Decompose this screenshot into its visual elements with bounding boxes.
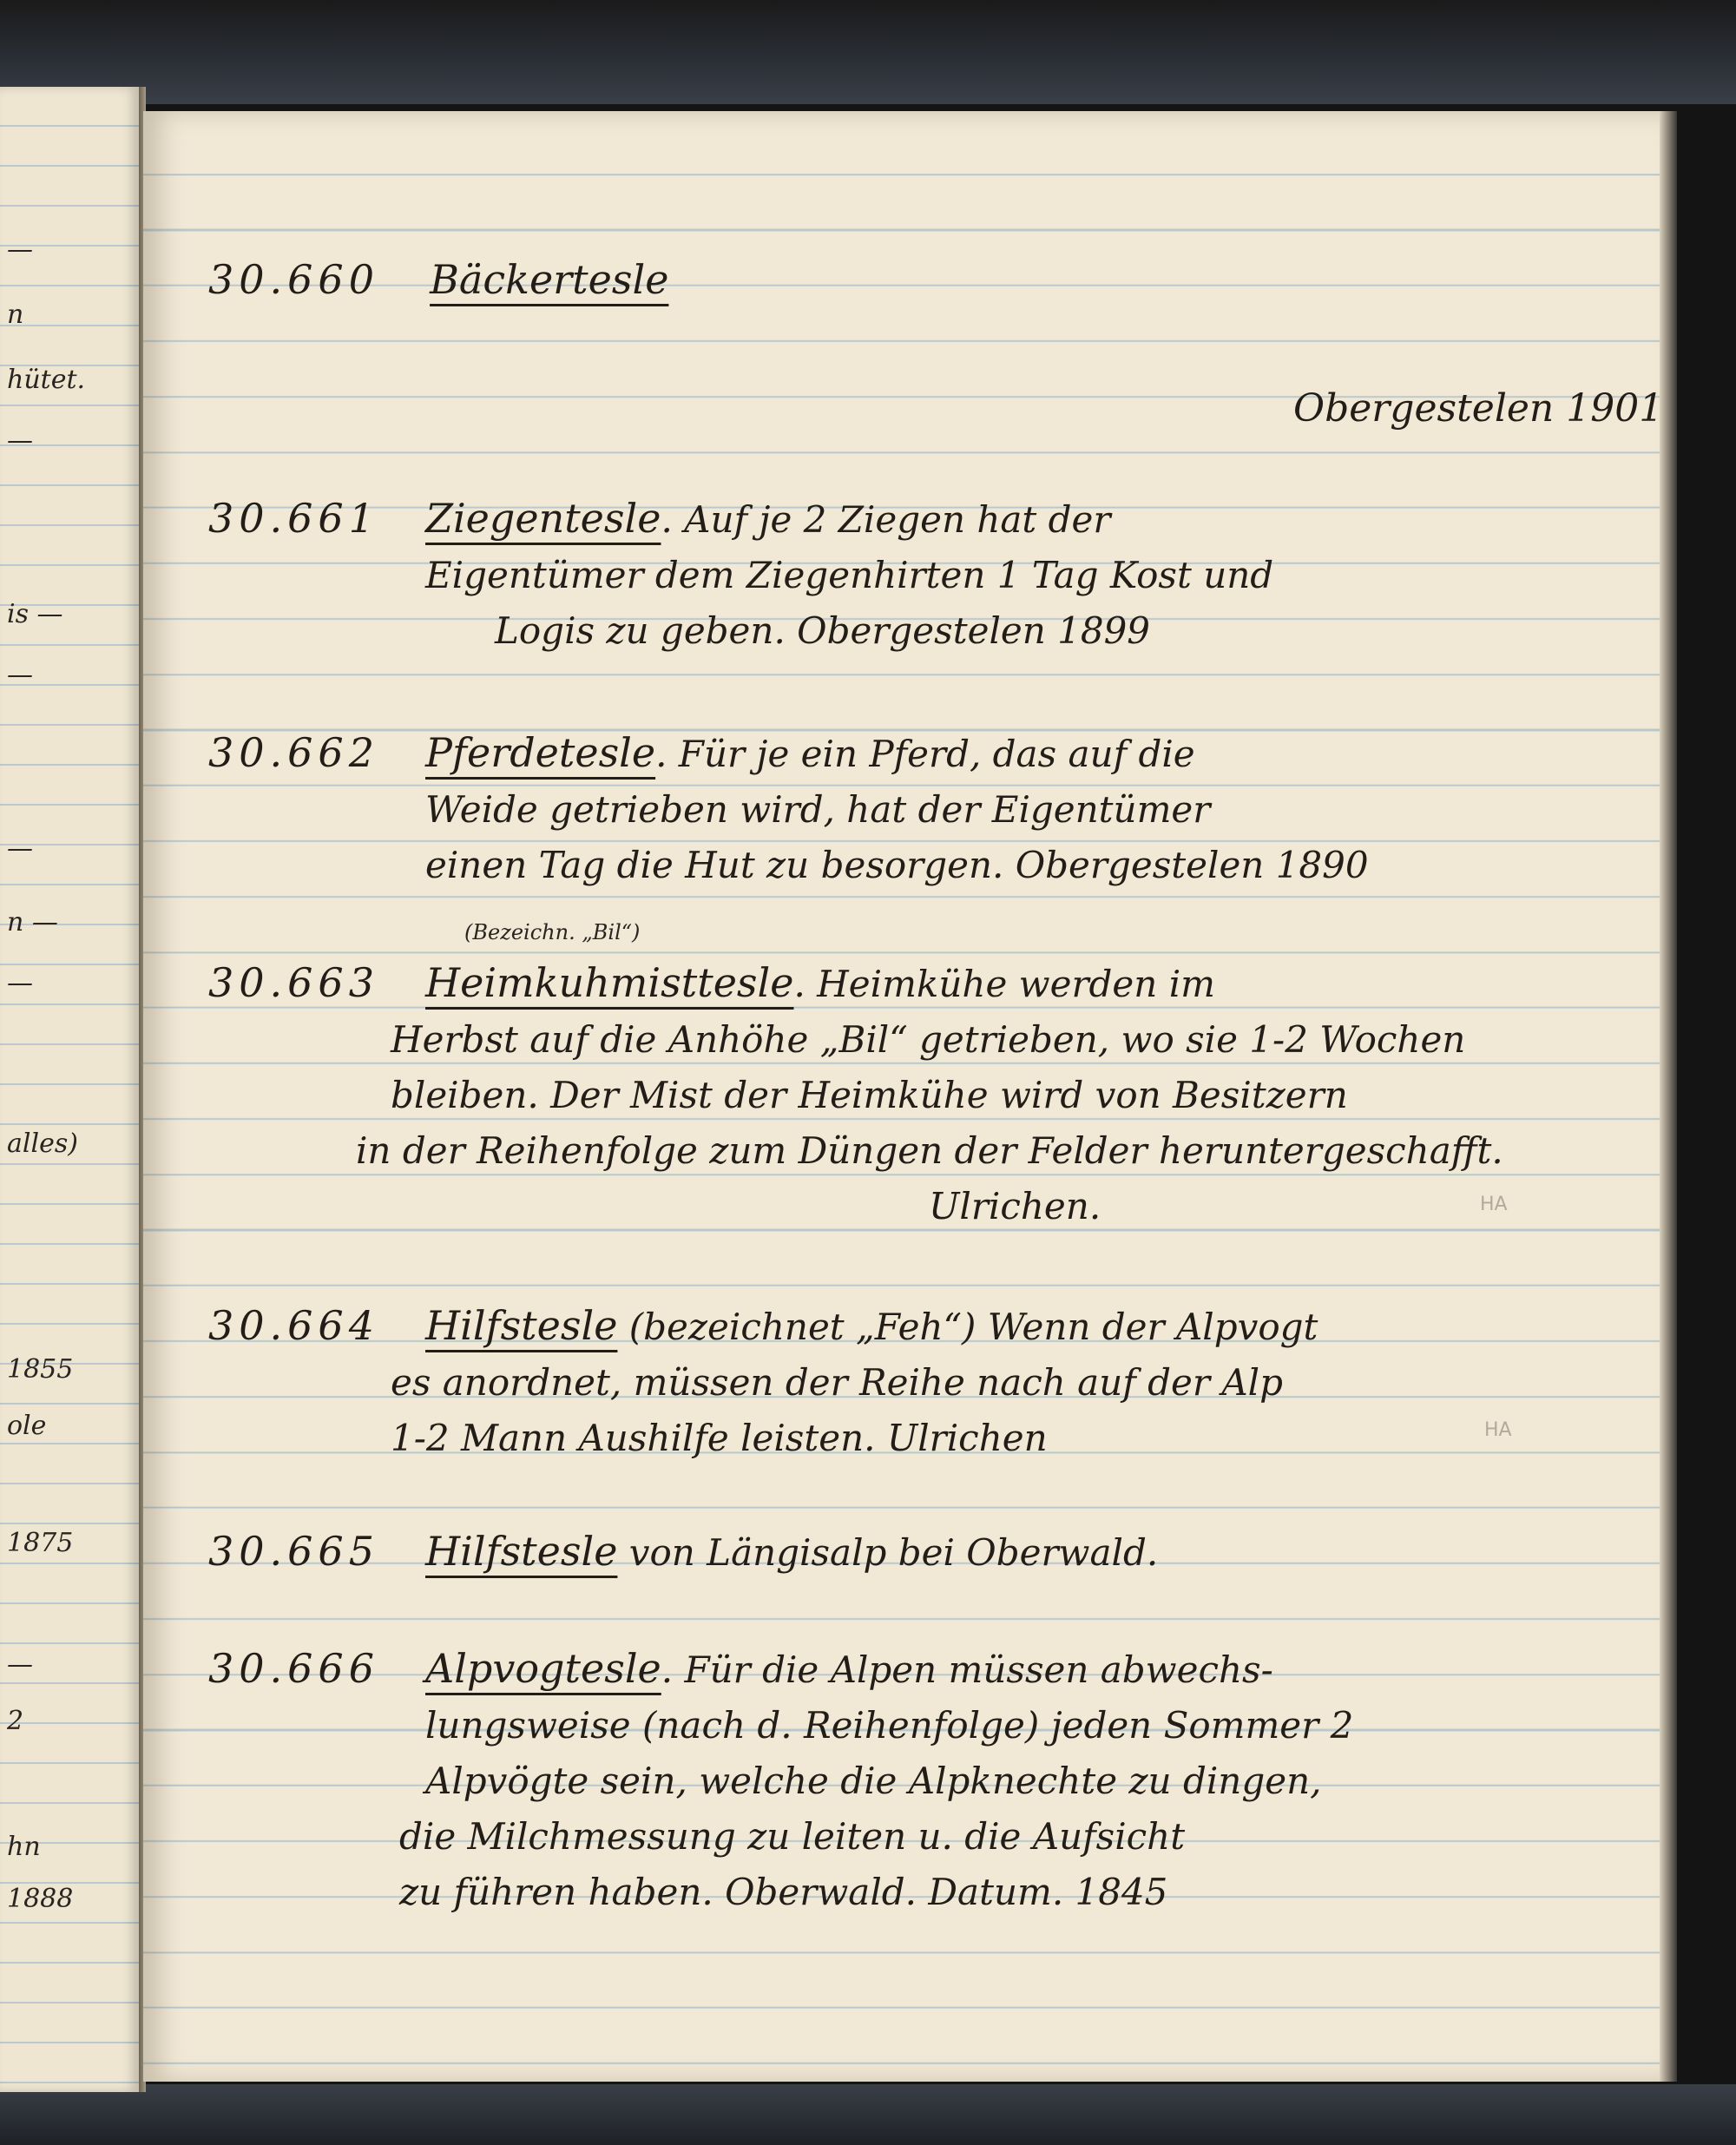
left-fragment: ole xyxy=(7,1411,46,1441)
left-fragment: — xyxy=(7,1649,33,1680)
entry-30663: 30.663Heimkuhmisttesle. Heimkühe werden … xyxy=(208,955,1632,1234)
entry-30666: 30.666Alpvogtesle. Für die Alpen müssen … xyxy=(208,1641,1632,1920)
entry-number: 30.665 xyxy=(208,1523,425,1579)
entry-line: in der Reihenfolge zum Düngen der Felder… xyxy=(208,1123,1632,1179)
entry-line: es anordnet, müssen der Reihe nach auf d… xyxy=(208,1355,1632,1411)
left-fragment: hn xyxy=(7,1832,41,1862)
left-fragment: is — xyxy=(7,599,63,629)
entry-number: 30.663 xyxy=(208,955,425,1010)
entry-line: Ulrichen. xyxy=(208,1179,1632,1234)
entry-text: (bezeichnet „Feh“) Wenn der Alpvogt xyxy=(617,1306,1318,1348)
entry-30665: 30.665Hilfstesle von Längisalp bei Oberw… xyxy=(208,1523,1632,1581)
ha-stamp: HA xyxy=(1480,1194,1508,1215)
book-binding-bottom xyxy=(0,2084,1736,2145)
entry-text: von Längisalp bei Oberwald. xyxy=(617,1531,1158,1574)
entry-title: Alpvogtesle xyxy=(425,1645,661,1692)
left-fragment: 1855 xyxy=(7,1354,73,1385)
entry-number: 30.664 xyxy=(208,1298,425,1353)
left-fragment: 1888 xyxy=(7,1884,73,1914)
entry-line: Weide getrieben wird, hat der Eigentümer xyxy=(208,782,1632,838)
entry-30662: 30.662Pferdetesle. Für je ein Pferd, das… xyxy=(208,725,1632,893)
entry-title: Hilfstesle xyxy=(425,1528,617,1575)
entry-line: zu führen haben. Oberwald. Datum. 1845 xyxy=(208,1865,1632,1920)
entry-title: Pferdetesle xyxy=(425,729,655,776)
left-fragment: — xyxy=(7,234,33,265)
entry-line: die Milchmessung zu leiten u. die Aufsic… xyxy=(208,1809,1632,1865)
entry-line: bleiben. Der Mist der Heimkühe wird von … xyxy=(208,1068,1632,1123)
left-fragment: n — xyxy=(7,907,58,938)
left-fragment: — xyxy=(7,660,33,690)
entry-30661: 30.661Ziegentesle. Auf je 2 Ziegen hat d… xyxy=(208,490,1632,659)
ha-stamp: HA xyxy=(1484,1419,1512,1441)
entry-number: 30.661 xyxy=(208,490,425,546)
left-fragment: n xyxy=(7,299,23,330)
entry-place-date: Obergestelen 1901 xyxy=(1293,386,1663,431)
left-fragment: hütet. xyxy=(7,365,85,395)
left-fragment: 2 xyxy=(7,1706,23,1736)
entry-line: Alpvögte sein, welche die Alpknechte zu … xyxy=(208,1754,1632,1809)
entry-line: lungsweise (nach d. Reihenfolge) jeden S… xyxy=(208,1698,1632,1754)
left-fragment: alles) xyxy=(7,1128,78,1159)
left-fragment: — xyxy=(7,425,33,456)
entry-title: Bäckertesle xyxy=(430,256,668,303)
book-binding-top xyxy=(0,0,1736,104)
left-fragment: — xyxy=(7,833,33,864)
entry-superscript-note: (Bezeichn. „Bil“) xyxy=(464,920,640,944)
entry-line: Eigentümer dem Ziegenhirten 1 Tag Kost u… xyxy=(208,548,1632,603)
entry-title: Ziegentesle xyxy=(425,495,661,542)
left-fragment: — xyxy=(7,968,33,998)
entry-line: Logis zu geben. Obergestelen 1899 xyxy=(208,603,1632,659)
entry-text: . Für je ein Pferd, das auf die xyxy=(655,733,1195,775)
entry-line: 1-2 Mann Aushilfe leisten. Ulrichen xyxy=(208,1411,1632,1466)
entry-30660: 30.660 Bäckertesle xyxy=(208,256,1632,303)
entry-text: . Auf je 2 Ziegen hat der xyxy=(661,498,1110,541)
entry-title: Heimkuhmisttesle xyxy=(425,959,793,1006)
entry-text: . Für die Alpen müssen abwechs- xyxy=(661,1648,1273,1691)
entry-number: 30.660 xyxy=(208,256,425,303)
entry-line: einen Tag die Hut zu besorgen. Obergeste… xyxy=(208,838,1632,893)
entry-number: 30.662 xyxy=(208,725,425,780)
entry-title: Hilfstesle xyxy=(425,1302,617,1349)
entry-text: . Heimkühe werden im xyxy=(793,963,1214,1005)
entry-number: 30.666 xyxy=(208,1641,425,1696)
left-fragment: 1875 xyxy=(7,1528,73,1558)
entry-line: Herbst auf die Anhöhe „Bil“ getrieben, w… xyxy=(208,1012,1632,1068)
entry-30664: 30.664Hilfstesle (bezeichnet „Feh“) Wenn… xyxy=(208,1298,1632,1466)
